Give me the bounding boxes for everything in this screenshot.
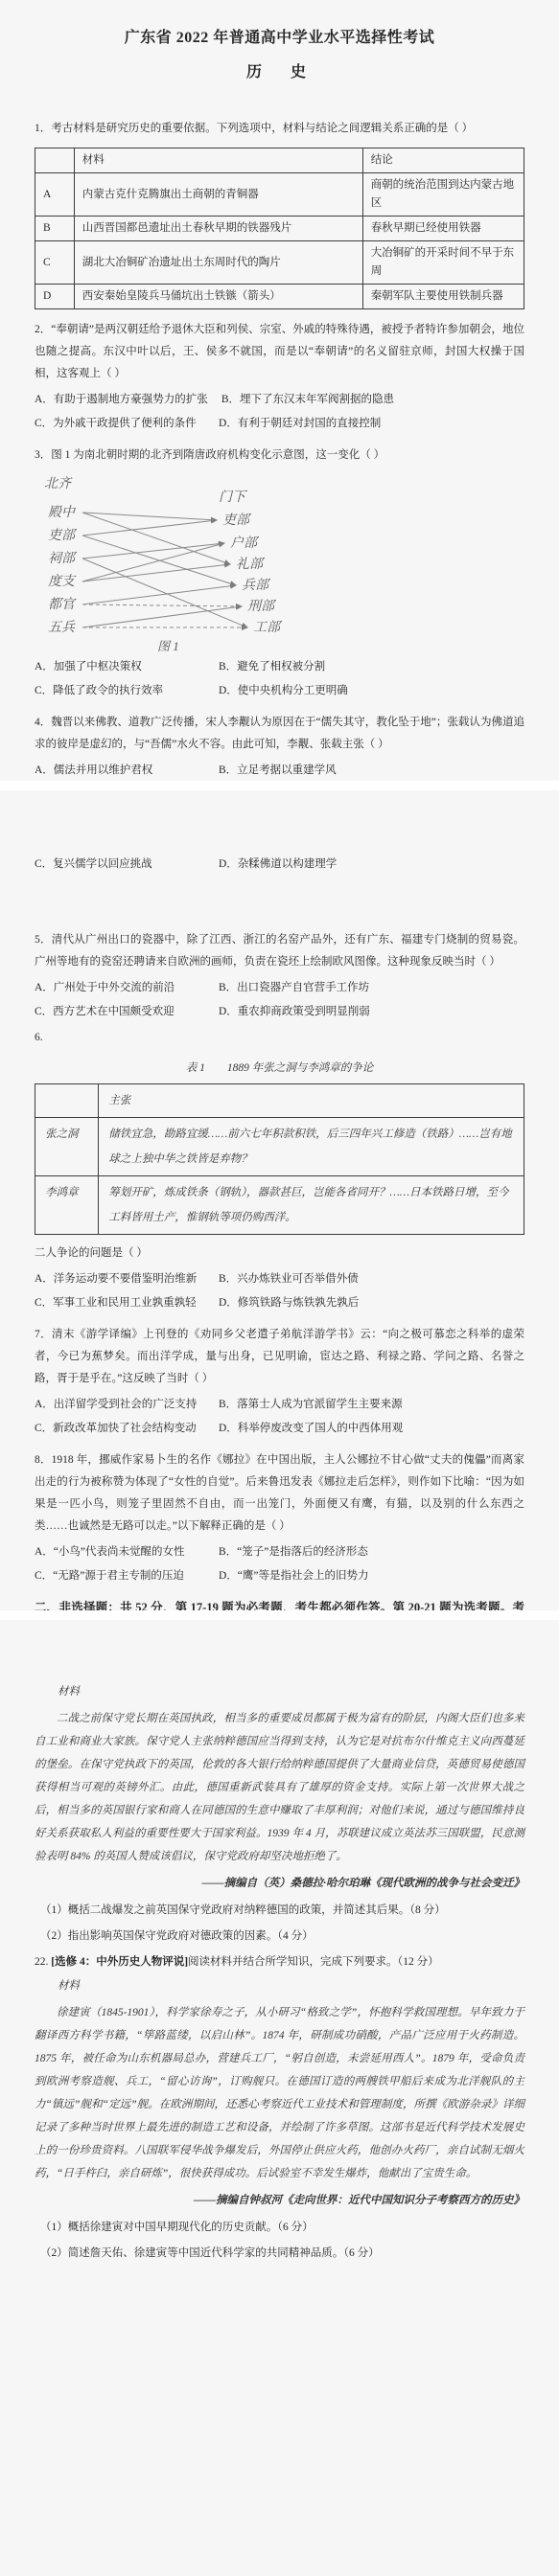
option-d: D．使中央机构分工更明确: [219, 680, 348, 702]
cell-material: 内蒙古克什克腾旗出土商朝的青铜器: [74, 173, 362, 217]
figure-1-org-change-diagram: 北齐 殿中 吏部 祠部 度支 都官 五兵 门下 吏部 户部 礼部 兵部 刑部 工…: [35, 472, 322, 654]
question-6-options-ab: A．洋务运动要不要借鉴明治维新 B．兴办炼铁业可否举借外债: [35, 1268, 524, 1290]
question-2-stem: 2．“奉朝请”是两汉朝廷给予退休大臣和列侯、宗室、外戚的特殊待遇，被授予者特许参…: [35, 319, 524, 385]
option-b: B．出口瓷器产自官营手工作坊: [219, 977, 369, 999]
figure-1-caption: 图 1: [157, 639, 179, 653]
question-3-options-ab: A．加强了中枢决策权 B．避免了相权被分割: [35, 656, 524, 678]
table-header-row: 材料 结论: [35, 148, 524, 173]
cell-conclusion: 秦朝军队主要使用铁制兵器: [362, 285, 524, 309]
blank-gap: [35, 878, 524, 920]
svg-text:五兵: 五兵: [48, 620, 76, 635]
question-5-options-ab: A．广州处于中外交流的前沿 B．出口瓷器产自官营手工作坊: [35, 977, 524, 999]
question-22-material-text: 徐建寅（1845-1901），科学家徐寿之子，从小研习“格致之学”，怀抱科学救国…: [35, 2001, 524, 2185]
question-21-source: ——摘编自（英）桑德拉·哈尔珀琳《现代欧洲的战争与社会变迁》: [35, 1872, 524, 1895]
question-5-stem: 5．清代从广州出口的瓷器中，除了江西、浙江的名窑产品外，还有广东、福建专门烧制的…: [35, 929, 524, 973]
question-6-options-cd: C．军事工业和民用工业孰重孰轻 D．修筑铁路与炼铁孰先孰后: [35, 1292, 524, 1314]
question-22-sub1: （1）概括徐建寅对中国早期现代化的历史贡献。（6 分）: [35, 2216, 524, 2240]
question-6-question: 二人争论的问题是（ ）: [35, 1242, 524, 1265]
option-a: A．儒法并用以维护君权: [35, 760, 205, 781]
question-4-options-ab: A．儒法并用以维护君权 B．立足考据以重建学风: [35, 760, 524, 781]
option-b: B．兴办炼铁业可否举借外债: [219, 1268, 359, 1290]
header-cell-empty: [35, 148, 75, 173]
table-row: D 西安秦始皇陵兵马俑坑出土铁镞（箭头） 秦朝军队主要使用铁制兵器: [35, 285, 524, 309]
table-row: B 山西晋国都邑遗址出土春秋早期的铁器残片 春秋早期已经使用铁器: [35, 217, 524, 241]
question-5-options-cd: C．西方艺术在中国颇受欢迎 D．重农抑商政策受到明显削弱: [35, 1001, 524, 1023]
option-d: D．重农抑商政策受到明显削弱: [219, 1001, 370, 1023]
option-c: C．为外戚干政提供了便利的条件: [35, 413, 205, 435]
option-a: A．“小鸟”代表尚未觉醒的女性: [35, 1541, 205, 1563]
question-8-options-ab: A．“小鸟”代表尚未觉醒的女性 B．“笼子”是指落后的经济形态: [35, 1541, 524, 1563]
question-21-material-text: 二战之前保守党长期在英国执政，相当多的重要成员都属于极为富有的阶层，内阁大臣们也…: [35, 1707, 524, 1868]
cell-material: 湖北大冶铜矿冶遗址出土东周时代的陶片: [74, 241, 362, 285]
svg-text:吏部: 吏部: [48, 528, 78, 543]
header-cell-material: 材料: [74, 148, 362, 173]
table-row: A 内蒙古克什克腾旗出土商朝的青铜器 商朝的统治范围到达内蒙古地区: [35, 173, 524, 217]
cell-material: 西安秦始皇陵兵马俑坑出土铁镞（箭头）: [74, 285, 362, 309]
question-22-instruction: 阅读材料并结合所学知识，完成下列要求。（12 分）: [188, 1956, 439, 1968]
question-7-options-ab: A．出洋留学受到社会的广泛支持 B．落第士人成为官派留学生主要来源: [35, 1394, 524, 1416]
question-22-heading: 22. [选修 4：中外历史人物评说]阅读材料并结合所学知识，完成下列要求。（1…: [35, 1950, 524, 1973]
header-cell-claim: 主张: [99, 1084, 524, 1118]
question-21-sub2: （2）指出影响英国保守党政府对德政策的因素。（4 分）: [35, 1925, 524, 1949]
cell-conclusion: 大冶铜矿的开采时间不早于东周: [362, 241, 524, 285]
diagram-left-labels: 殿中 吏部 祠部 度支 都官 五兵: [48, 505, 78, 635]
exam-page-2: C．复兴儒学以回应挑战 D．杂糅佛道以构建理学 5．清代从广州出口的瓷器中，除了…: [0, 790, 559, 1610]
header-cell-empty: [35, 1084, 99, 1118]
exam-subject: 历 史: [35, 59, 524, 81]
option-b: B．立足考据以重建学风: [219, 760, 337, 781]
svg-text:度支: 度支: [48, 574, 77, 589]
option-a: A．加强了中枢决策权: [35, 656, 205, 678]
question-6-table: 主张 张之洞 储铁宜急，勘路宜缓……前六七年积款积铁，后三四年兴工修造（铁路）……: [35, 1083, 524, 1235]
header-cell-conclusion: 结论: [362, 148, 524, 173]
svg-text:工部: 工部: [253, 620, 283, 635]
svg-text:兵部: 兵部: [242, 578, 271, 593]
cell-key: D: [35, 285, 75, 309]
cell-conclusion: 春秋早期已经使用铁器: [362, 217, 524, 241]
option-d: D．有利于朝廷对封国的直接控制: [219, 413, 381, 435]
svg-text:吏部: 吏部: [222, 513, 252, 528]
exam-page-3: 材料 二战之前保守党长期在英国执政，相当多的重要成员都属于极为富有的阶层，内阁大…: [0, 1620, 559, 2576]
question-7-options-cd: C．新政改革加快了社会结构变动 D．科举停废改变了国人的中西体用观: [35, 1418, 524, 1440]
option-c: C．军事工业和民用工业孰重孰轻: [35, 1292, 205, 1314]
exam-page-1: 广东省 2022 年普通高中学业水平选择性考试 历 史 1．考古材料是研究历史的…: [0, 0, 559, 781]
question-2-options-cd: C．为外戚干政提供了便利的条件 D．有利于朝廷对封国的直接控制: [35, 413, 524, 435]
question-22-elective-tag: [选修 4：中外历史人物评说]: [51, 1956, 188, 1968]
option-a: A．广州处于中外交流的前沿: [35, 977, 205, 999]
question-4-options-cd: C．复兴儒学以回应挑战 D．杂糅佛道以构建理学: [35, 854, 524, 876]
svg-text:都官: 都官: [48, 597, 77, 612]
option-d: D．杂糅佛道以构建理学: [219, 854, 337, 876]
table-row: 张之洞 储铁宜急，勘路宜缓……前六七年积款积铁，后三四年兴工修造（铁路）……岂有…: [35, 1118, 524, 1176]
question-22-source: ——摘编自钟叔河《走向世界：近代中国知识分子考察西方的历史》: [35, 2189, 524, 2212]
question-1-table: 材料 结论 A 内蒙古克什克腾旗出土商朝的青铜器 商朝的统治范围到达内蒙古地区 …: [35, 148, 524, 309]
svg-text:刑部: 刑部: [247, 599, 277, 614]
cell-material: 山西晋国都邑遗址出土春秋早期的铁器残片: [74, 217, 362, 241]
cell-conclusion: 商朝的统治范围到达内蒙古地区: [362, 173, 524, 217]
question-1-stem: 1．考古材料是研究历史的重要依据。下列选项中，材料与结论之间逻辑关系正确的是（ …: [35, 118, 524, 140]
cell-claim: 储铁宜急，勘路宜缓……前六七年积款积铁，后三四年兴工修造（铁路）……岂有地球之上…: [99, 1118, 524, 1176]
svg-text:祠部: 祠部: [48, 551, 78, 566]
question-8-options-cd: C．“无路”源于君主专制的压迫 D．“鹰”等是指社会上的旧势力: [35, 1565, 524, 1587]
section-2-heading: 二、非选择题：共 52 分，第 17-19 题为必考题，考生都必须作答。第 20…: [35, 1597, 524, 1610]
option-b: B．落第士人成为官派留学生主要来源: [219, 1394, 403, 1416]
question-22-material-label: 材料: [35, 1975, 524, 1997]
option-c: C．西方艺术在中国颇受欢迎: [35, 1001, 205, 1023]
svg-text:门下: 门下: [219, 490, 248, 505]
table-header-row: 主张: [35, 1084, 524, 1118]
option-d: D．“鹰”等是指社会上的旧势力: [219, 1565, 369, 1587]
option-c: C．新政改革加快了社会结构变动: [35, 1418, 205, 1440]
question-2-options-ab: A．有助于遏制地方豪强势力的扩张 B．埋下了东汉末年军阀割据的隐患: [35, 389, 524, 411]
question-22-number: 22.: [35, 1956, 48, 1968]
table-row: C 湖北大冶铜矿冶遗址出土东周时代的陶片 大冶铜矿的开采时间不早于东周: [35, 241, 524, 285]
diagram-era-label: 北齐: [44, 476, 73, 491]
option-a: A．有助于遏制地方豪强势力的扩张: [35, 389, 208, 411]
table-row: 李鸿章 筹划开矿，炼成铁条（钢轨），器款甚巨，岂能各省同开？……日本铁路日增，至…: [35, 1176, 524, 1235]
question-4-stem: 4．魏晋以来佛教、道教广泛传播，宋人李觏认为原因在于“儒失其守，教化坠于地”；张…: [35, 712, 524, 756]
option-b: B．“笼子”是指落后的经济形态: [219, 1541, 368, 1563]
option-c: C．降低了政令的执行效率: [35, 680, 205, 702]
option-c: C．复兴儒学以回应挑战: [35, 854, 205, 876]
cell-key: A: [35, 173, 75, 217]
question-6-number: 6.: [35, 1027, 524, 1049]
question-3-options-cd: C．降低了政令的执行效率 D．使中央机构分工更明确: [35, 680, 524, 702]
option-a: A．洋务运动要不要借鉴明治维新: [35, 1268, 205, 1290]
question-7-stem: 7．清末《游学译编》上刊登的《劝同乡父老遣子弟航洋游学书》云：“向之极可慕恋之科…: [35, 1324, 524, 1390]
option-a: A．出洋留学受到社会的广泛支持: [35, 1394, 205, 1416]
option-b: B．避免了相权被分割: [219, 656, 325, 678]
question-3-stem: 3．图 1 为南北朝时期的北齐到隋唐政府机构变化示意图，这一变化（ ）: [35, 445, 524, 467]
question-22-sub2: （2）简述詹天佑、徐建寅等中国近代科学家的共同精神品质。（6 分）: [35, 2242, 524, 2266]
svg-text:礼部: 礼部: [236, 557, 266, 572]
question-8-stem: 8．1918 年，挪威作家易卜生的名作《娜拉》在中国出版，主人公娜拉不甘心做“丈…: [35, 1449, 524, 1538]
cell-key: B: [35, 217, 75, 241]
exam-title: 广东省 2022 年普通高中学业水平选择性考试: [35, 0, 524, 47]
cell-claim: 筹划开矿，炼成铁条（钢轨），器款甚巨，岂能各省同开？……日本铁路日增，至今工料皆…: [99, 1176, 524, 1235]
svg-text:户部: 户部: [230, 536, 260, 551]
cell-key: C: [35, 241, 75, 285]
question-21-material-label: 材料: [35, 1681, 524, 1703]
cell-person: 李鸿章: [35, 1176, 99, 1235]
svg-text:殿中: 殿中: [48, 505, 77, 520]
cell-person: 张之洞: [35, 1118, 99, 1176]
diagram-arrows: [82, 513, 247, 627]
option-b: B．埋下了东汉末年军阀割据的隐患: [221, 389, 394, 411]
option-c: C．“无路”源于君主专制的压迫: [35, 1565, 205, 1587]
question-21-sub1: （1）概括二战爆发之前英国保守党政府对纳粹德国的政策，并简述其后果。（8 分）: [35, 1899, 524, 1923]
option-d: D．修筑铁路与炼铁孰先孰后: [219, 1292, 359, 1314]
diagram-right-labels: 门下 吏部 户部 礼部 兵部 刑部 工部: [219, 490, 283, 635]
table-1-caption: 表 1 1889 年张之洞与李鸿章的争论: [35, 1057, 524, 1080]
option-d: D．科举停废改变了国人的中西体用观: [219, 1418, 403, 1440]
